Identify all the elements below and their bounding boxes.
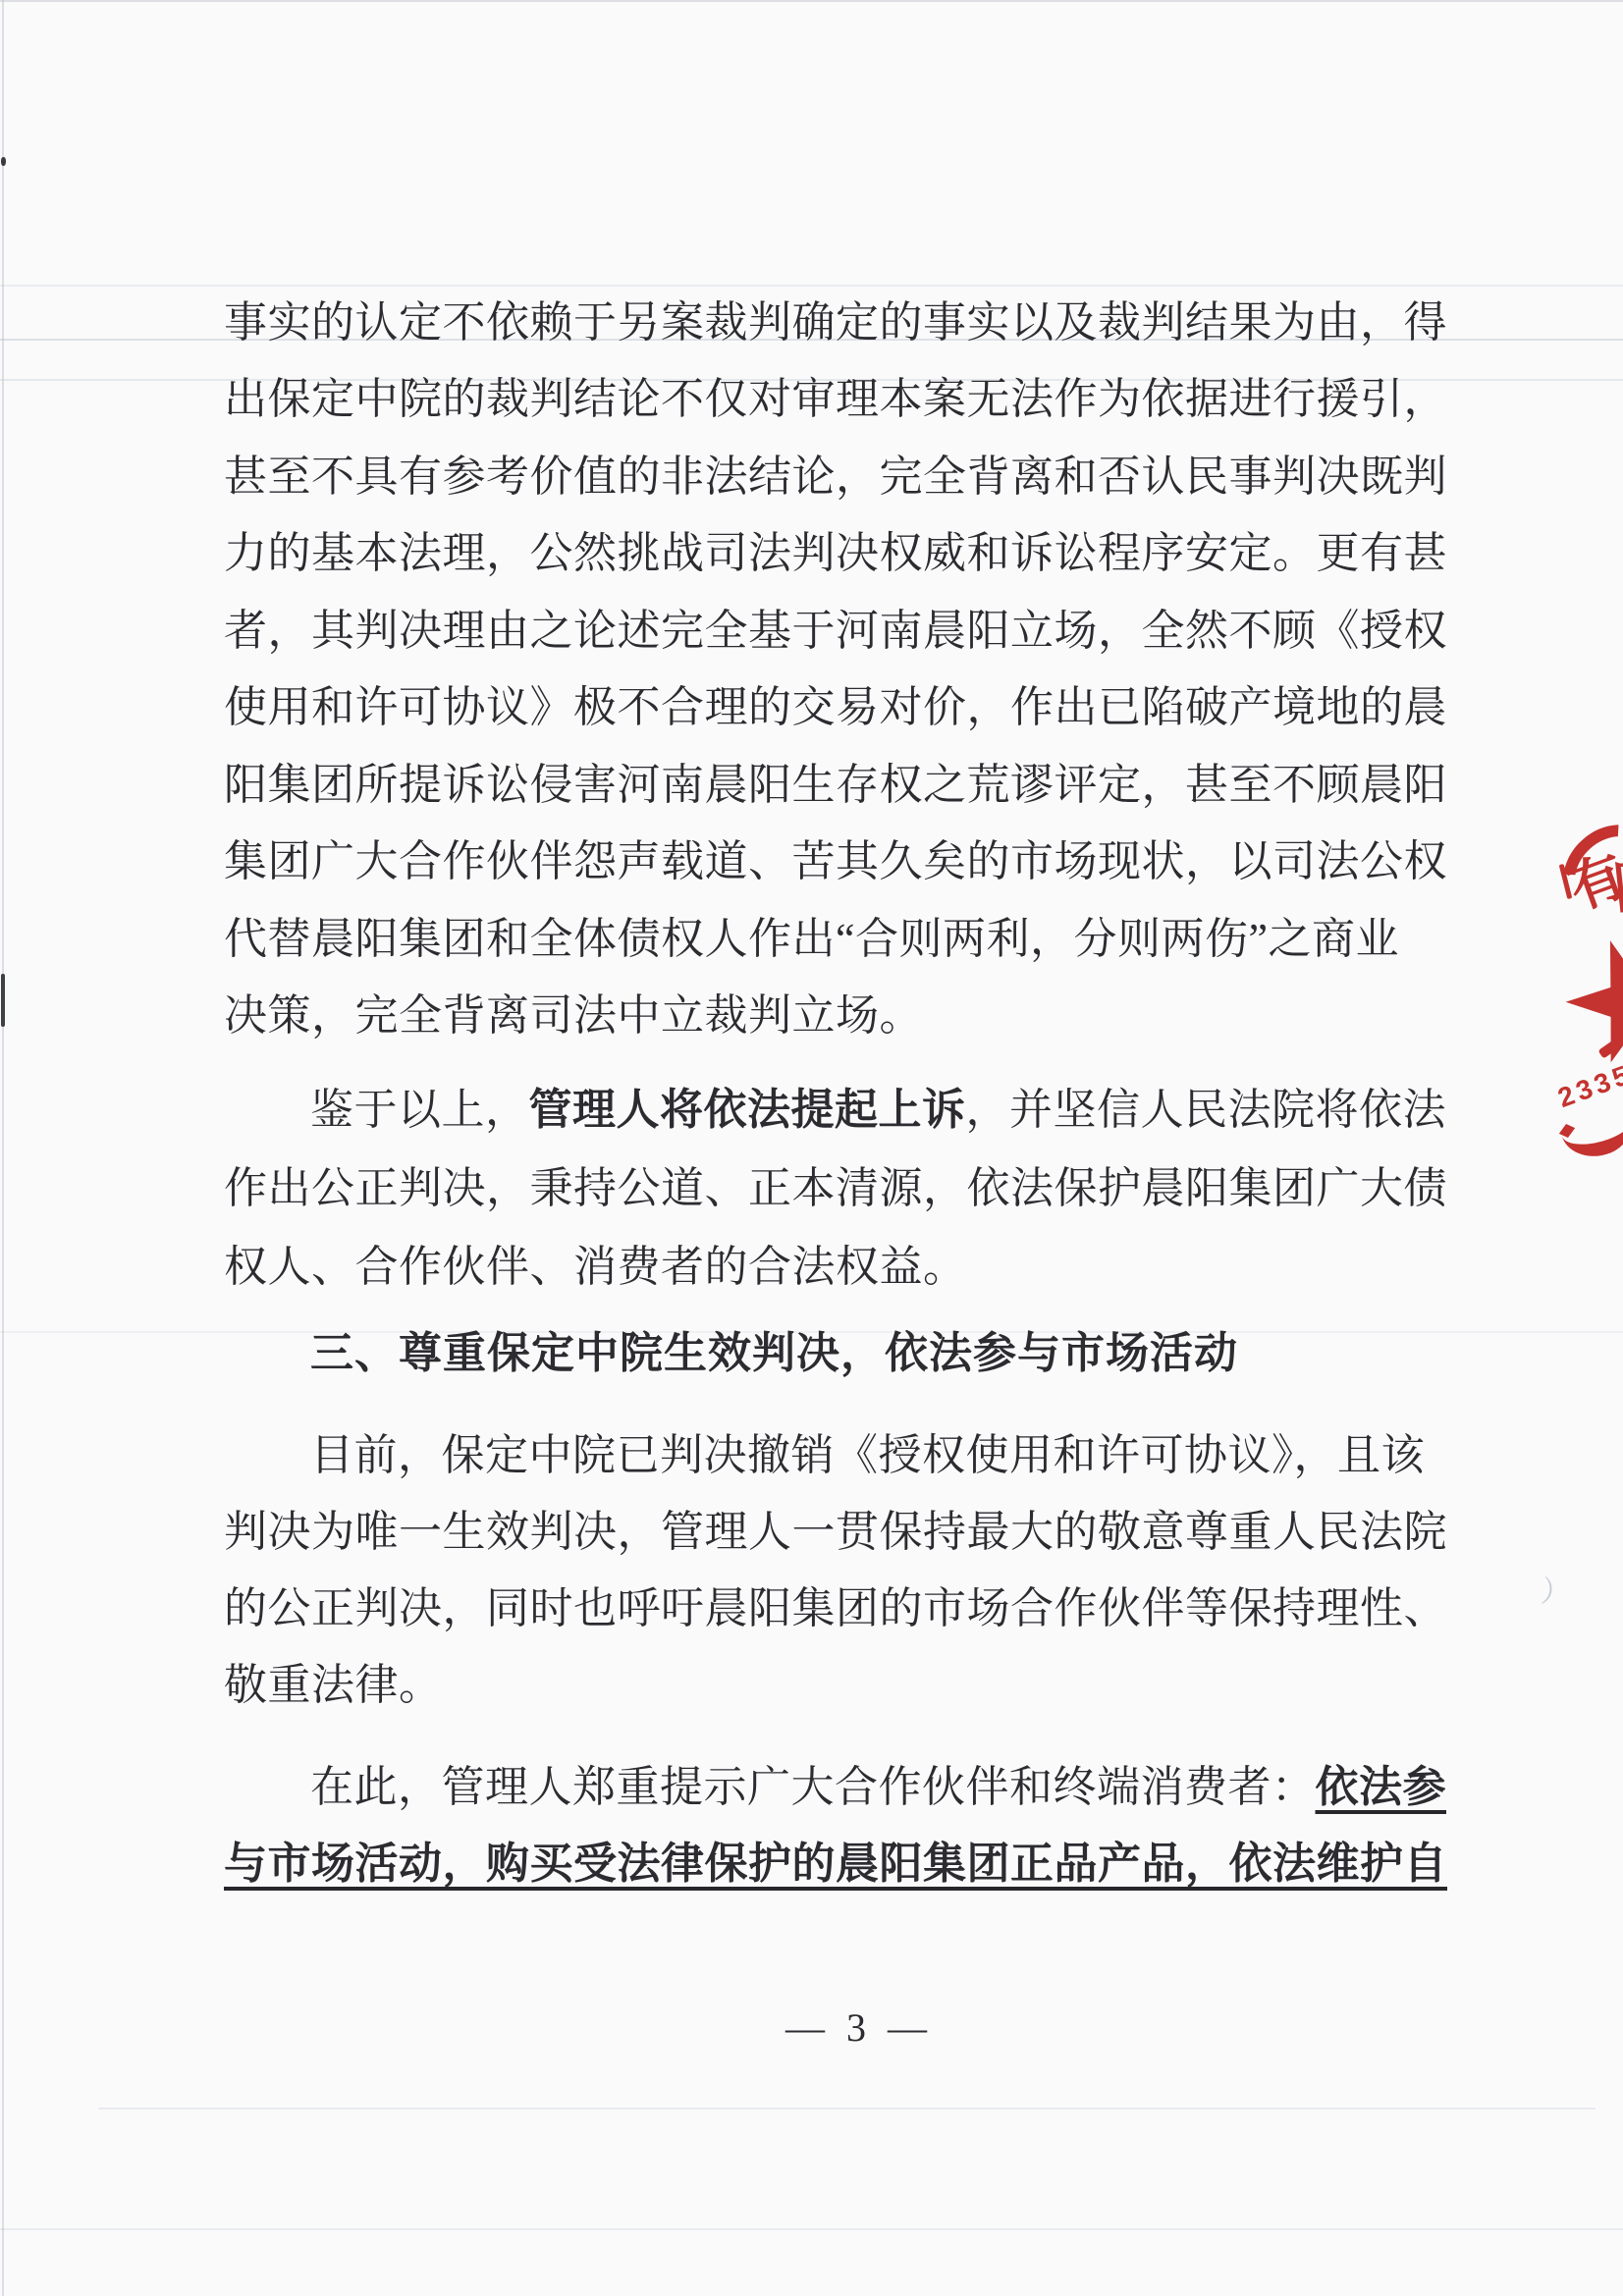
body-line: 作出公正判决，秉持公道、正本清源，依法保护晨阳集团广大债 <box>224 1164 1441 1213</box>
body-line: 集团广大合作伙伴怨声载道、苦其久矣的市场现状，以司法公权 <box>224 837 1441 886</box>
body-line: 者，其判决理由之论述完全基于河南晨阳立场，全然不顾《授权 <box>224 607 1441 656</box>
body-line: 甚至不具有参考价值的非法结论，完全背离和否认民事判决既判 <box>224 453 1441 502</box>
section-heading: 三、尊重保定中院生效判决，依法参与市场活动 <box>224 1329 1528 1378</box>
bold-underlined-phrase: 依法参 <box>1316 1763 1447 1811</box>
body-line: 力的基本法理，公然挑战司法判决权威和诉讼程序安定。更有甚 <box>224 529 1441 578</box>
scan-left-edge-line <box>2 0 4 2296</box>
scan-left-edge-dark-mark <box>1 974 5 1027</box>
page-number: — 3 — <box>697 2004 1021 2051</box>
body-line: 代替晨阳集团和全体债权人作出“合则两利，分则两伤”之商业 <box>224 915 1441 964</box>
body-line: 阳集团所提诉讼侵害河南晨阳生存权之荒谬评定，甚至不顾晨阳 <box>224 761 1441 810</box>
seal-star-icon <box>1549 921 1623 1082</box>
scan-speck <box>1 157 6 166</box>
seal-mark-fragment <box>1597 1036 1623 1058</box>
body-line-emphasised: 与市场活动，购买受法律保护的晨阳集团正品产品，依法维护自 <box>224 1840 1441 1889</box>
body-line: 决策，完全背离司法中立裁判立场。 <box>224 991 1441 1041</box>
bold-phrase: 管理人将依法提起上诉 <box>529 1086 966 1134</box>
scan-top-edge-line <box>0 0 1623 2</box>
body-line: 事实的认定不依赖于另案裁判确定的事实以及裁判结果为由，得 <box>224 298 1441 347</box>
body-line: 敬重法律。 <box>224 1661 1441 1710</box>
body-line: 判决为唯一生效判决，管理人一贯保持最大的敬意尊重人民法院 <box>224 1508 1441 1557</box>
body-line: 使用和许可协议》极不合理的交易对价，作出已陷破产境地的晨 <box>224 683 1441 732</box>
body-line: 权人、合作伙伴、消费者的合法权益。 <box>224 1243 1441 1292</box>
scanned-document-page: ） 事实的认定不依赖于另案裁判确定的事实以及裁判结果为由，得 出保定中院的裁判结… <box>0 0 1623 2296</box>
body-line: 在此，管理人郑重提示广大合作伙伴和终端消费者：依法参 <box>224 1763 1528 1812</box>
scan-artifact-paren-mark: ） <box>1539 1567 1574 1614</box>
scan-horizontal-line <box>0 285 1623 287</box>
scan-horizontal-line <box>98 2108 1596 2109</box>
body-line: 目前，保定中院已判决撤销《授权使用和许可协议》，且该 <box>224 1431 1528 1480</box>
body-line: 鉴于以上，管理人将依法提起上诉，并坚信人民法院将依法 <box>224 1086 1528 1135</box>
scan-horizontal-line <box>0 2228 1623 2230</box>
body-line: 出保定中院的裁判结论不仅对审理本案无法作为依据进行援引， <box>224 375 1441 424</box>
body-line: 的公正判决，同时也呼吁晨阳集团的市场合作伙伴等保持理性、 <box>224 1584 1441 1633</box>
